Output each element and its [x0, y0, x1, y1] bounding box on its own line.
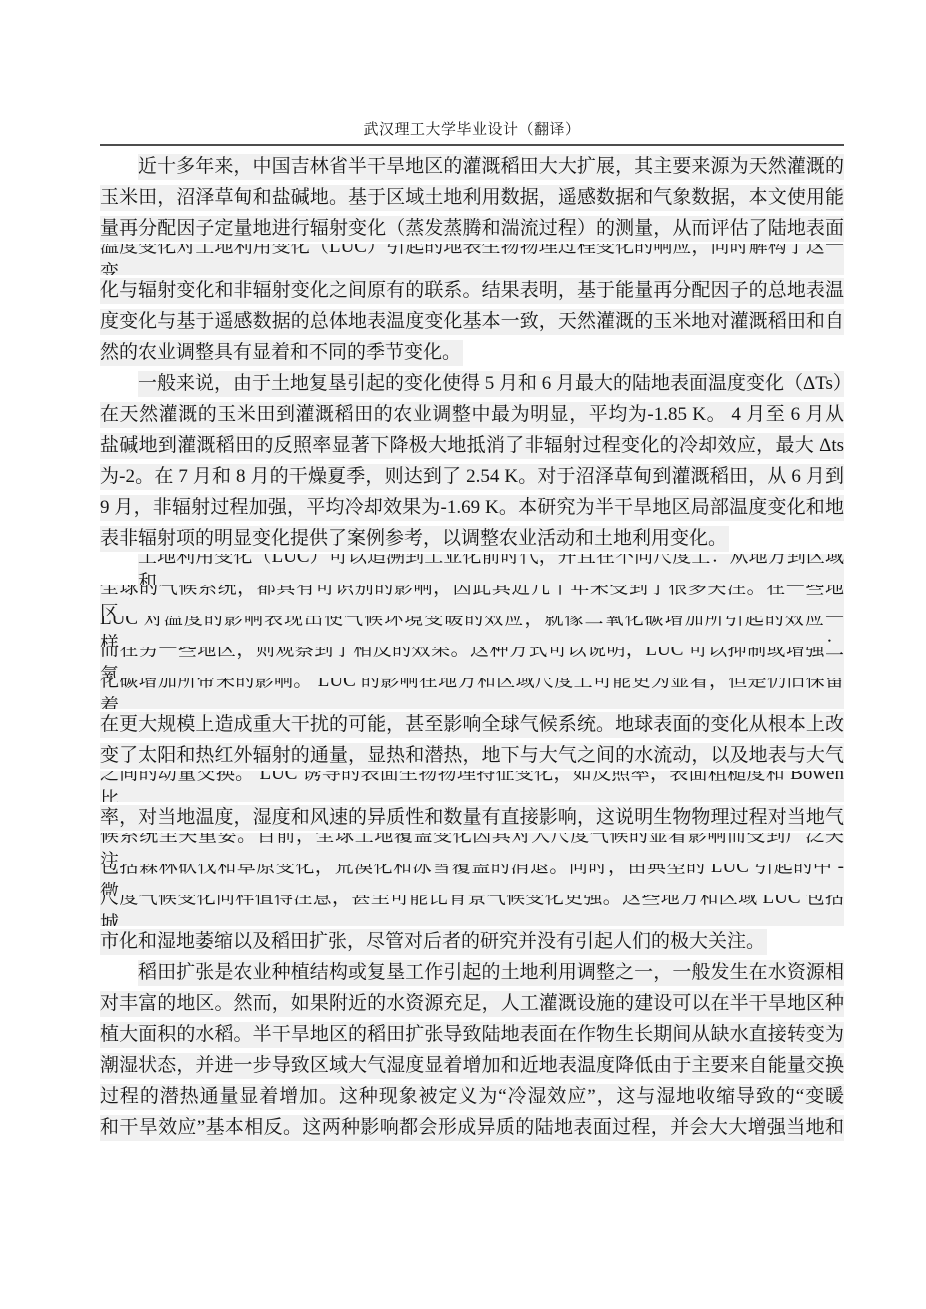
highlighted-text: 量再分配因子定量地进行辐射变化（蒸发蒸腾和湍流过程）的测量，从而评估了陆地表面 [100, 216, 844, 242]
text-line: 一般来说，由于土地复垦引起的变化使得 5 月和 6 月最大的陆地表面温度变化（Δ… [100, 368, 844, 399]
highlighted-text: 化与辐射变化和非辐射变化之间原有的联系。结果表明，基于能量再分配因子的总地表温 [100, 278, 844, 304]
highlighted-text: 对丰富的地区。然而，如果附近的水资源充足，人工灌溉设施的建设可以在半干旱地区种 [100, 991, 844, 1017]
highlighted-text: 然的农业调整具有显着和不同的季节变化。 [100, 340, 463, 366]
highlighted-text: 在更大规模上造成重大干扰的可能，甚至影响全球气候系统。地球表面的变化从根本上改 [100, 712, 844, 738]
text-line: 尺度气候变化同样值得注意，甚至可能比背景气候变化更强。这些地方和区域 LUC 包… [100, 895, 844, 926]
text-line: 候系统至关重要。目前，全球土地覆盖变化因其对大尺度气候的显着影响而受到广泛关注， [100, 833, 844, 864]
text-line: 化碳增加所带来的影响。 LUC 的影响在地方和区域尺度上可能更为显着，但是仍旧保… [100, 678, 844, 709]
text-line: 过程的潜热通量显着增加。这种现象被定义为“冷湿效应”，这与湿地收缩导致的“变暖 [100, 1081, 844, 1112]
highlighted-text: 过程的潜热通量显着增加。这种现象被定义为“冷湿效应”，这与湿地收缩导致的“变暖 [100, 1084, 844, 1110]
header-divider [100, 144, 844, 146]
document-body: 近十多年来，中国吉林省半干旱地区的灌溉稻田大大扩展，其主要来源为天然灌溉的玉米田… [100, 151, 844, 1143]
highlighted-text: 市化和湿地萎缩以及稻田扩张，尽管对后者的研究并没有引起人们的极大关注。 [100, 929, 767, 955]
page-header-title: 武汉理工大学毕业设计（翻译） [100, 119, 844, 141]
text-line: 之间的动量交换。 LUC 诱导的表面生物物理特征变化，如反照率，表面粗糙度和 B… [100, 771, 844, 802]
text-line: 9 月，非辐射过程加强，平均冷却效果为-1.69 K。本研究为半干旱地区局部温度… [100, 492, 844, 523]
highlighted-text: 之间的动量交换。 LUC 诱导的表面生物物理特征变化，如反照率，表面粗糙度和 B… [100, 771, 844, 802]
highlighted-text: 全球的气候系统，都具有可识别的影响，因此其近几十年来受到了很多关注。在一些地区， [100, 585, 844, 616]
text-line: 包括森林砍伐和草原变化，荒漠化和冰雪覆盖的消退。同时，由典型的 LUC 引起的中… [100, 864, 844, 895]
text-line: 在更大规模上造成重大干扰的可能，甚至影响全球气候系统。地球表面的变化从根本上改 [100, 709, 844, 740]
highlighted-text: 玉米田，沼泽草甸和盐碱地。基于区域土地利用数据，遥感数据和气象数据，本文使用能 [100, 185, 844, 211]
highlighted-text: 率，对当地温度，湿度和风速的异质性和数量有直接影响，这说明生物物理过程对当地气 [100, 805, 844, 831]
text-line: 变了太阳和热红外辐射的通量，显热和潜热，地下与大气之间的水流动，以及地表与大气 [100, 740, 844, 771]
text-line: 然的农业调整具有显着和不同的季节变化。 [100, 337, 844, 368]
text-line: 土地利用变化（LUC）可以追溯到工业化前时代，并且在不同尺度上：从地方到区域和 [100, 554, 844, 585]
text-line: 和干旱效应”基本相反。这两种影响都会形成异质的陆地表面过程，并会大大增强当地和 [100, 1112, 844, 1143]
text-line: 玉米田，沼泽草甸和盐碱地。基于区域土地利用数据，遥感数据和气象数据，本文使用能 [100, 182, 844, 213]
highlighted-text: 稻田扩张是农业种植结构或复垦工作引起的土地利用调整之一，一般发生在水资源相 [138, 960, 844, 986]
text-line: 对丰富的地区。然而，如果附近的水资源充足，人工灌溉设施的建设可以在半干旱地区种 [100, 988, 844, 1019]
text-line: 度变化与基于遥感数据的总体地表温度变化基本一致，天然灌溉的玉米地对灌溉稻田和自 [100, 306, 844, 337]
highlighted-text: 潮湿状态，并进一步导致区域大气湿度显着增加和近地表温度降低由于主要来自能量交换 [100, 1053, 844, 1079]
text-line: 化与辐射变化和非辐射变化之间原有的联系。结果表明，基于能量再分配因子的总地表温 [100, 275, 844, 306]
document-page: 武汉理工大学毕业设计（翻译） 近十多年来，中国吉林省半干旱地区的灌溉稻田大大扩展… [0, 0, 926, 1309]
text-line: 植大面积的水稻。半干旱地区的稻田扩张导致陆地表面在作物生长期间从缺水直接转变为 [100, 1019, 844, 1050]
highlighted-text: 度变化与基于遥感数据的总体地表温度变化基本一致，天然灌溉的玉米地对灌溉稻田和自 [100, 309, 844, 335]
text-line: 潮湿状态，并进一步导致区域大气湿度显着增加和近地表温度降低由于主要来自能量交换 [100, 1050, 844, 1081]
paragraph-indent [100, 154, 138, 180]
text-line: 为-2。在 7 月和 8 月的干燥夏季，则达到了 2.54 K。对于沼泽草甸到灌… [100, 461, 844, 492]
highlighted-text: 一般来说，由于土地复垦引起的变化使得 5 月和 6 月最大的陆地表面温度变化（Δ… [138, 371, 844, 397]
highlighted-text: 和干旱效应”基本相反。这两种影响都会形成异质的陆地表面过程，并会大大增强当地和 [100, 1115, 844, 1141]
highlighted-text: 候系统至关重要。目前，全球土地覆盖变化因其对大尺度气候的显着影响而受到广泛关注， [100, 833, 844, 864]
highlighted-text: LUC 对温度的影响表现出使气候环境变暖的效应，就像二氧化碳增加所引起的效应一样… [100, 616, 844, 647]
highlighted-text: 植大面积的水稻。半干旱地区的稻田扩张导致陆地表面在作物生长期间从缺水直接转变为 [100, 1022, 844, 1048]
highlighted-text: 而在另一些地区，则观察到了相反的效果。这种方式可以说明，LUC 可以抑制或增强二… [100, 647, 844, 678]
highlighted-text: 尺度气候变化同样值得注意，甚至可能比背景气候变化更强。这些地方和区域 LUC 包… [100, 895, 844, 926]
text-line: 市化和湿地萎缩以及稻田扩张，尽管对后者的研究并没有引起人们的极大关注。 [100, 926, 844, 957]
text-line: 稻田扩张是农业种植结构或复垦工作引起的土地利用调整之一，一般发生在水资源相 [100, 957, 844, 988]
highlighted-text: 化碳增加所带来的影响。 LUC 的影响在地方和区域尺度上可能更为显着，但是仍旧保… [100, 678, 844, 709]
highlighted-text: 土地利用变化（LUC）可以追溯到工业化前时代，并且在不同尺度上：从地方到区域和 [138, 554, 844, 585]
highlighted-text: 在天然灌溉的玉米田到灌溉稻田的农业调整中最为明显，平均为-1.85 K。 4 月… [100, 402, 844, 428]
text-line: 率，对当地温度，湿度和风速的异质性和数量有直接影响，这说明生物物理过程对当地气 [100, 802, 844, 833]
highlighted-text: 近十多年来，中国吉林省半干旱地区的灌溉稻田大大扩展，其主要来源为天然灌溉的 [138, 154, 844, 180]
text-line: 近十多年来，中国吉林省半干旱地区的灌溉稻田大大扩展，其主要来源为天然灌溉的 [100, 151, 844, 182]
highlighted-text: 为-2。在 7 月和 8 月的干燥夏季，则达到了 2.54 K。对于沼泽草甸到灌… [100, 464, 844, 490]
paragraph-indent [100, 557, 138, 583]
highlighted-text: 表非辐射项的明显变化提供了案例参考，以调整农业活动和土地利用变化。 [100, 526, 729, 552]
text-line: 在天然灌溉的玉米田到灌溉稻田的农业调整中最为明显，平均为-1.85 K。 4 月… [100, 399, 844, 430]
highlighted-text: 盐碱地到灌溉稻田的反照率显著下降极大地抵消了非辐射过程变化的冷却效应，最大 Δt… [100, 433, 844, 459]
highlighted-text: 温度变化对土地利用变化（LUC）引起的地表生物物理过程变化的响应，同时解构了这一… [100, 244, 844, 275]
text-line: LUC 对温度的影响表现出使气候环境变暖的效应，就像二氧化碳增加所引起的效应一样… [100, 616, 844, 647]
text-line: 量再分配因子定量地进行辐射变化（蒸发蒸腾和湍流过程）的测量，从而评估了陆地表面 [100, 213, 844, 244]
text-line: 盐碱地到灌溉稻田的反照率显著下降极大地抵消了非辐射过程变化的冷却效应，最大 Δt… [100, 430, 844, 461]
paragraph-indent [100, 371, 138, 397]
highlighted-text: 9 月，非辐射过程加强，平均冷却效果为-1.69 K。本研究为半干旱地区局部温度… [100, 495, 844, 521]
highlighted-text: 包括森林砍伐和草原变化，荒漠化和冰雪覆盖的消退。同时，由典型的 LUC 引起的中… [100, 864, 844, 895]
paragraph-indent [100, 960, 138, 986]
highlighted-text: 变了太阳和热红外辐射的通量，显热和潜热，地下与大气之间的水流动，以及地表与大气 [100, 743, 844, 769]
text-line: 而在另一些地区，则观察到了相反的效果。这种方式可以说明，LUC 可以抑制或增强二… [100, 647, 844, 678]
text-line: 表非辐射项的明显变化提供了案例参考，以调整农业活动和土地利用变化。 [100, 523, 844, 554]
text-line: 全球的气候系统，都具有可识别的影响，因此其近几十年来受到了很多关注。在一些地区， [100, 585, 844, 616]
text-line: 温度变化对土地利用变化（LUC）引起的地表生物物理过程变化的响应，同时解构了这一… [100, 244, 844, 275]
